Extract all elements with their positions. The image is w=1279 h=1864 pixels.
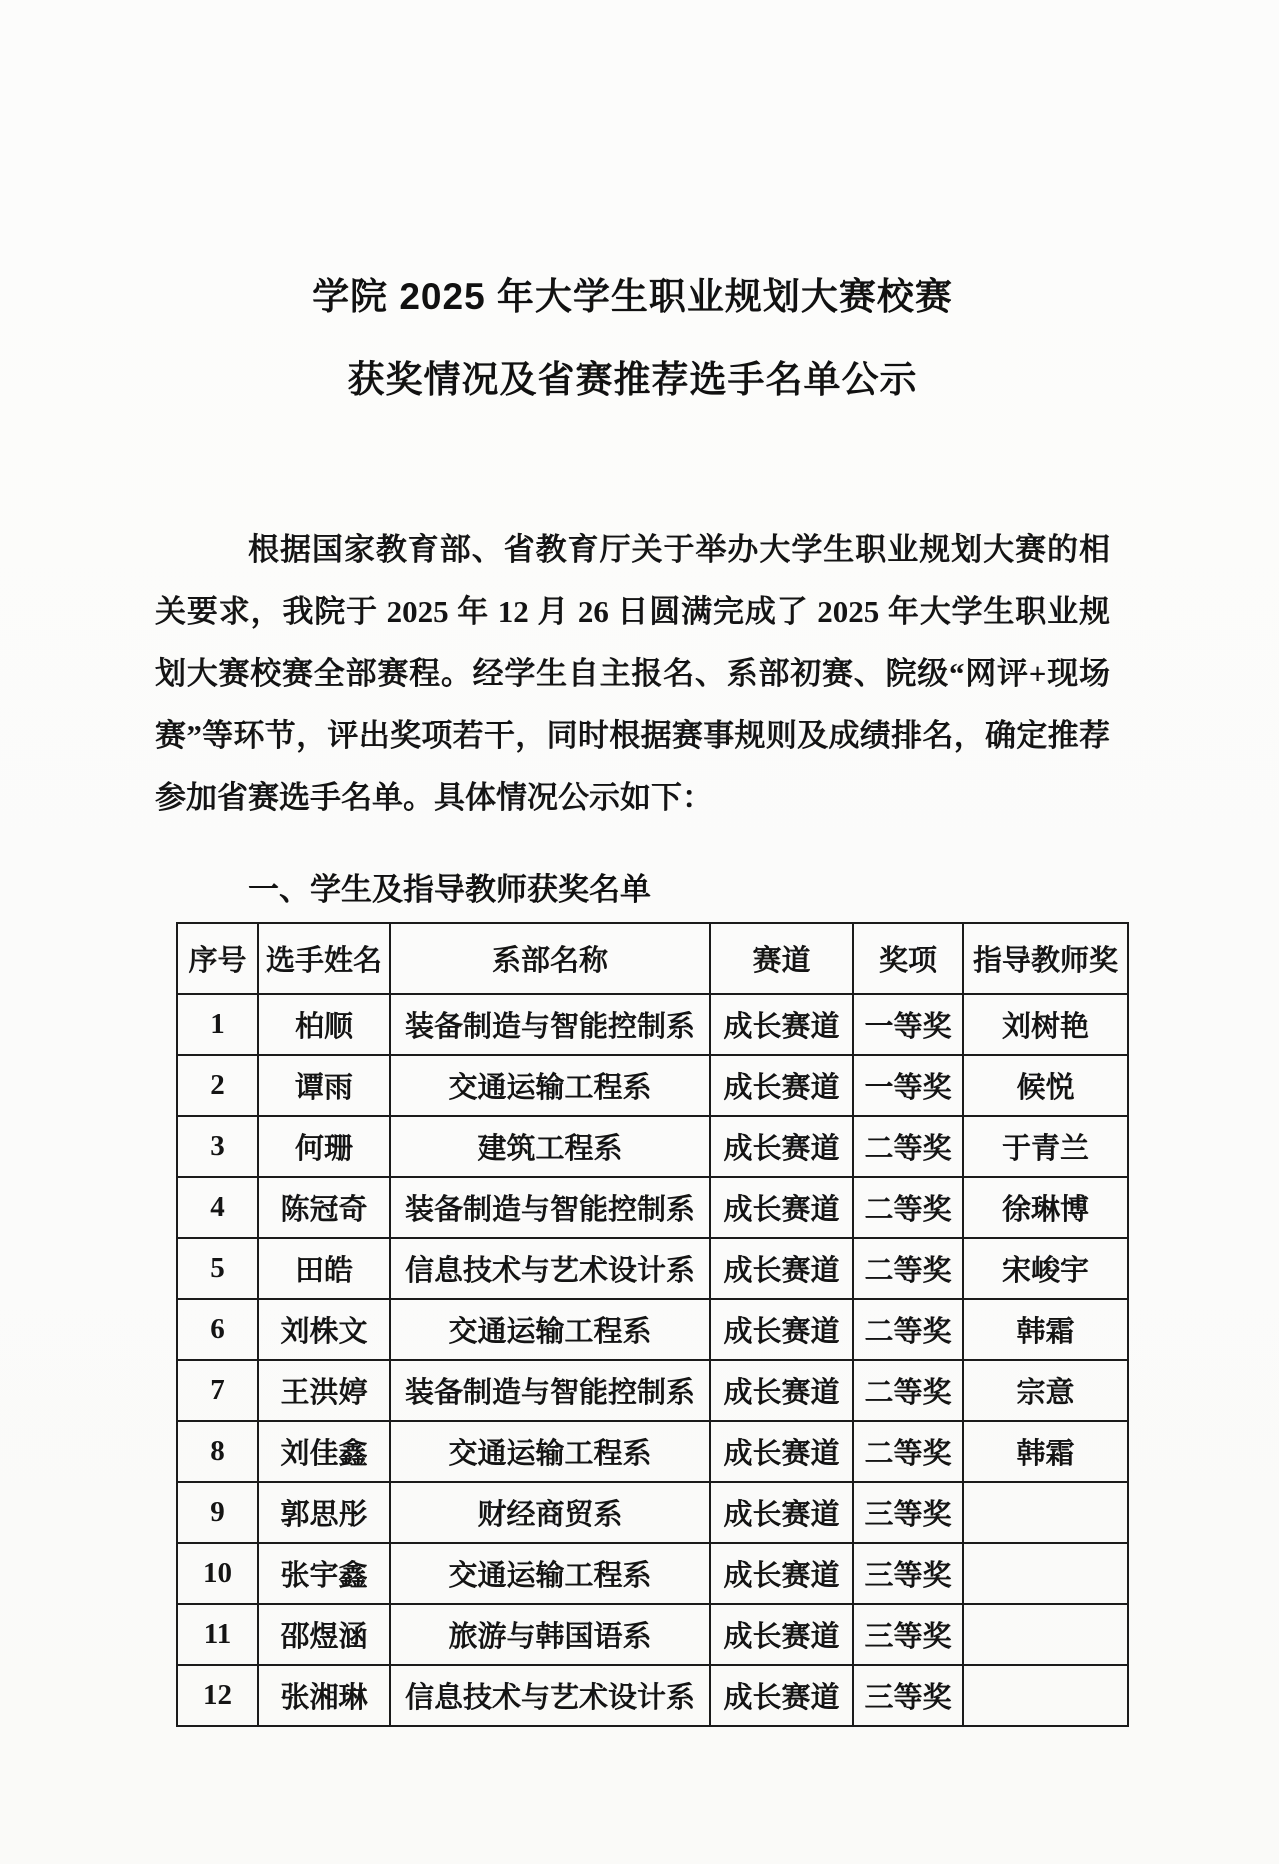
table-row: 9郭思彤财经商贸系成长赛道三等奖 (177, 1482, 1128, 1543)
cell-track: 成长赛道 (710, 1543, 853, 1604)
cell-department: 信息技术与艺术设计系 (390, 1238, 710, 1299)
cell-teacher: 候悦 (963, 1055, 1128, 1116)
cell-track: 成长赛道 (710, 1360, 853, 1421)
cell-name: 刘佳鑫 (258, 1421, 390, 1482)
cell-name: 何珊 (258, 1116, 390, 1177)
column-header-index: 序号 (177, 923, 258, 994)
column-header-department: 系部名称 (390, 923, 710, 994)
cell-award: 二等奖 (853, 1360, 963, 1421)
table-row: 4陈冠奇装备制造与智能控制系成长赛道二等奖徐琳博 (177, 1177, 1128, 1238)
cell-department: 旅游与韩国语系 (390, 1604, 710, 1665)
section-heading-award-list: 一、学生及指导教师获奖名单 (155, 860, 1110, 920)
table-row: 1柏顺装备制造与智能控制系成长赛道一等奖刘树艳 (177, 994, 1128, 1055)
document-title: 学院 2025 年大学生职业规划大赛校赛 获奖情况及省赛推荐选手名单公示 (155, 266, 1110, 403)
cell-teacher (963, 1482, 1128, 1543)
column-header-award: 奖项 (853, 923, 963, 994)
cell-award: 二等奖 (853, 1177, 963, 1238)
cell-track: 成长赛道 (710, 1421, 853, 1482)
cell-department: 装备制造与智能控制系 (390, 1360, 710, 1421)
cell-department: 交通运输工程系 (390, 1055, 710, 1116)
column-header-teacher: 指导教师奖 (963, 923, 1128, 994)
table-row: 7王洪婷装备制造与智能控制系成长赛道二等奖宗意 (177, 1360, 1128, 1421)
header-row: 序号 选手姓名 系部名称 赛道 奖项 指导教师奖 (177, 923, 1128, 994)
table-row: 3何珊建筑工程系成长赛道二等奖于青兰 (177, 1116, 1128, 1177)
cell-teacher (963, 1604, 1128, 1665)
cell-index: 5 (177, 1238, 258, 1299)
cell-index: 11 (177, 1604, 258, 1665)
cell-track: 成长赛道 (710, 1665, 853, 1726)
cell-index: 10 (177, 1543, 258, 1604)
cell-track: 成长赛道 (710, 1177, 853, 1238)
table-row: 11邵煜涵旅游与韩国语系成长赛道三等奖 (177, 1604, 1128, 1665)
cell-name: 邵煜涵 (258, 1604, 390, 1665)
cell-name: 柏顺 (258, 994, 390, 1055)
cell-index: 4 (177, 1177, 258, 1238)
cell-index: 8 (177, 1421, 258, 1482)
cell-name: 谭雨 (258, 1055, 390, 1116)
cell-award: 一等奖 (853, 1055, 963, 1116)
cell-index: 1 (177, 994, 258, 1055)
cell-teacher (963, 1543, 1128, 1604)
cell-name: 田皓 (258, 1238, 390, 1299)
cell-award: 三等奖 (853, 1482, 963, 1543)
awards-table: 序号 选手姓名 系部名称 赛道 奖项 指导教师奖 1柏顺装备制造与智能控制系成长… (176, 922, 1129, 1727)
cell-teacher: 韩霜 (963, 1299, 1128, 1360)
table-row: 2谭雨交通运输工程系成长赛道一等奖候悦 (177, 1055, 1128, 1116)
cell-teacher: 于青兰 (963, 1116, 1128, 1177)
cell-award: 三等奖 (853, 1543, 963, 1604)
cell-track: 成长赛道 (710, 1604, 853, 1665)
cell-name: 刘株文 (258, 1299, 390, 1360)
cell-index: 12 (177, 1665, 258, 1726)
cell-index: 3 (177, 1116, 258, 1177)
cell-award: 二等奖 (853, 1421, 963, 1482)
cell-name: 郭思彤 (258, 1482, 390, 1543)
cell-award: 三等奖 (853, 1604, 963, 1665)
cell-teacher: 刘树艳 (963, 994, 1128, 1055)
table-row: 10张宇鑫交通运输工程系成长赛道三等奖 (177, 1543, 1128, 1604)
cell-index: 2 (177, 1055, 258, 1116)
cell-teacher: 韩霜 (963, 1421, 1128, 1482)
cell-name: 张宇鑫 (258, 1543, 390, 1604)
awards-table-body: 1柏顺装备制造与智能控制系成长赛道一等奖刘树艳2谭雨交通运输工程系成长赛道一等奖… (177, 994, 1128, 1726)
cell-award: 三等奖 (853, 1665, 963, 1726)
cell-track: 成长赛道 (710, 994, 853, 1055)
cell-track: 成长赛道 (710, 1116, 853, 1177)
cell-teacher (963, 1665, 1128, 1726)
announcement-paragraph: 根据国家教育部、省教育厅关于举办大学生职业规划大赛的相关要求，我院于 2025 … (155, 519, 1110, 829)
cell-name: 王洪婷 (258, 1360, 390, 1421)
cell-department: 财经商贸系 (390, 1482, 710, 1543)
cell-department: 信息技术与艺术设计系 (390, 1665, 710, 1726)
awards-table-header: 序号 选手姓名 系部名称 赛道 奖项 指导教师奖 (177, 923, 1128, 994)
cell-department: 交通运输工程系 (390, 1299, 710, 1360)
document-title-line1: 学院 2025 年大学生职业规划大赛校赛 (155, 266, 1110, 320)
cell-teacher: 徐琳博 (963, 1177, 1128, 1238)
cell-award: 一等奖 (853, 994, 963, 1055)
column-header-track: 赛道 (710, 923, 853, 994)
table-row: 8刘佳鑫交通运输工程系成长赛道二等奖韩霜 (177, 1421, 1128, 1482)
cell-award: 二等奖 (853, 1238, 963, 1299)
table-row: 6刘株文交通运输工程系成长赛道二等奖韩霜 (177, 1299, 1128, 1360)
scanned-document-page: 学院 2025 年大学生职业规划大赛校赛 获奖情况及省赛推荐选手名单公示 根据国… (0, 0, 1279, 1864)
table-row: 12张湘琳信息技术与艺术设计系成长赛道三等奖 (177, 1665, 1128, 1726)
cell-track: 成长赛道 (710, 1482, 853, 1543)
table-row: 5田皓信息技术与艺术设计系成长赛道二等奖宋峻宇 (177, 1238, 1128, 1299)
cell-track: 成长赛道 (710, 1299, 853, 1360)
cell-teacher: 宋峻宇 (963, 1238, 1128, 1299)
cell-award: 二等奖 (853, 1299, 963, 1360)
cell-department: 装备制造与智能控制系 (390, 1177, 710, 1238)
document-title-line2: 获奖情况及省赛推荐选手名单公示 (155, 349, 1110, 403)
cell-track: 成长赛道 (710, 1055, 853, 1116)
cell-index: 7 (177, 1360, 258, 1421)
cell-index: 9 (177, 1482, 258, 1543)
cell-award: 二等奖 (853, 1116, 963, 1177)
cell-index: 6 (177, 1299, 258, 1360)
cell-department: 交通运输工程系 (390, 1421, 710, 1482)
document-content: 学院 2025 年大学生职业规划大赛校赛 获奖情况及省赛推荐选手名单公示 根据国… (155, 0, 1110, 1727)
cell-department: 交通运输工程系 (390, 1543, 710, 1604)
cell-department: 建筑工程系 (390, 1116, 710, 1177)
cell-track: 成长赛道 (710, 1238, 853, 1299)
cell-department: 装备制造与智能控制系 (390, 994, 710, 1055)
cell-name: 陈冠奇 (258, 1177, 390, 1238)
column-header-name: 选手姓名 (258, 923, 390, 994)
cell-teacher: 宗意 (963, 1360, 1128, 1421)
cell-name: 张湘琳 (258, 1665, 390, 1726)
